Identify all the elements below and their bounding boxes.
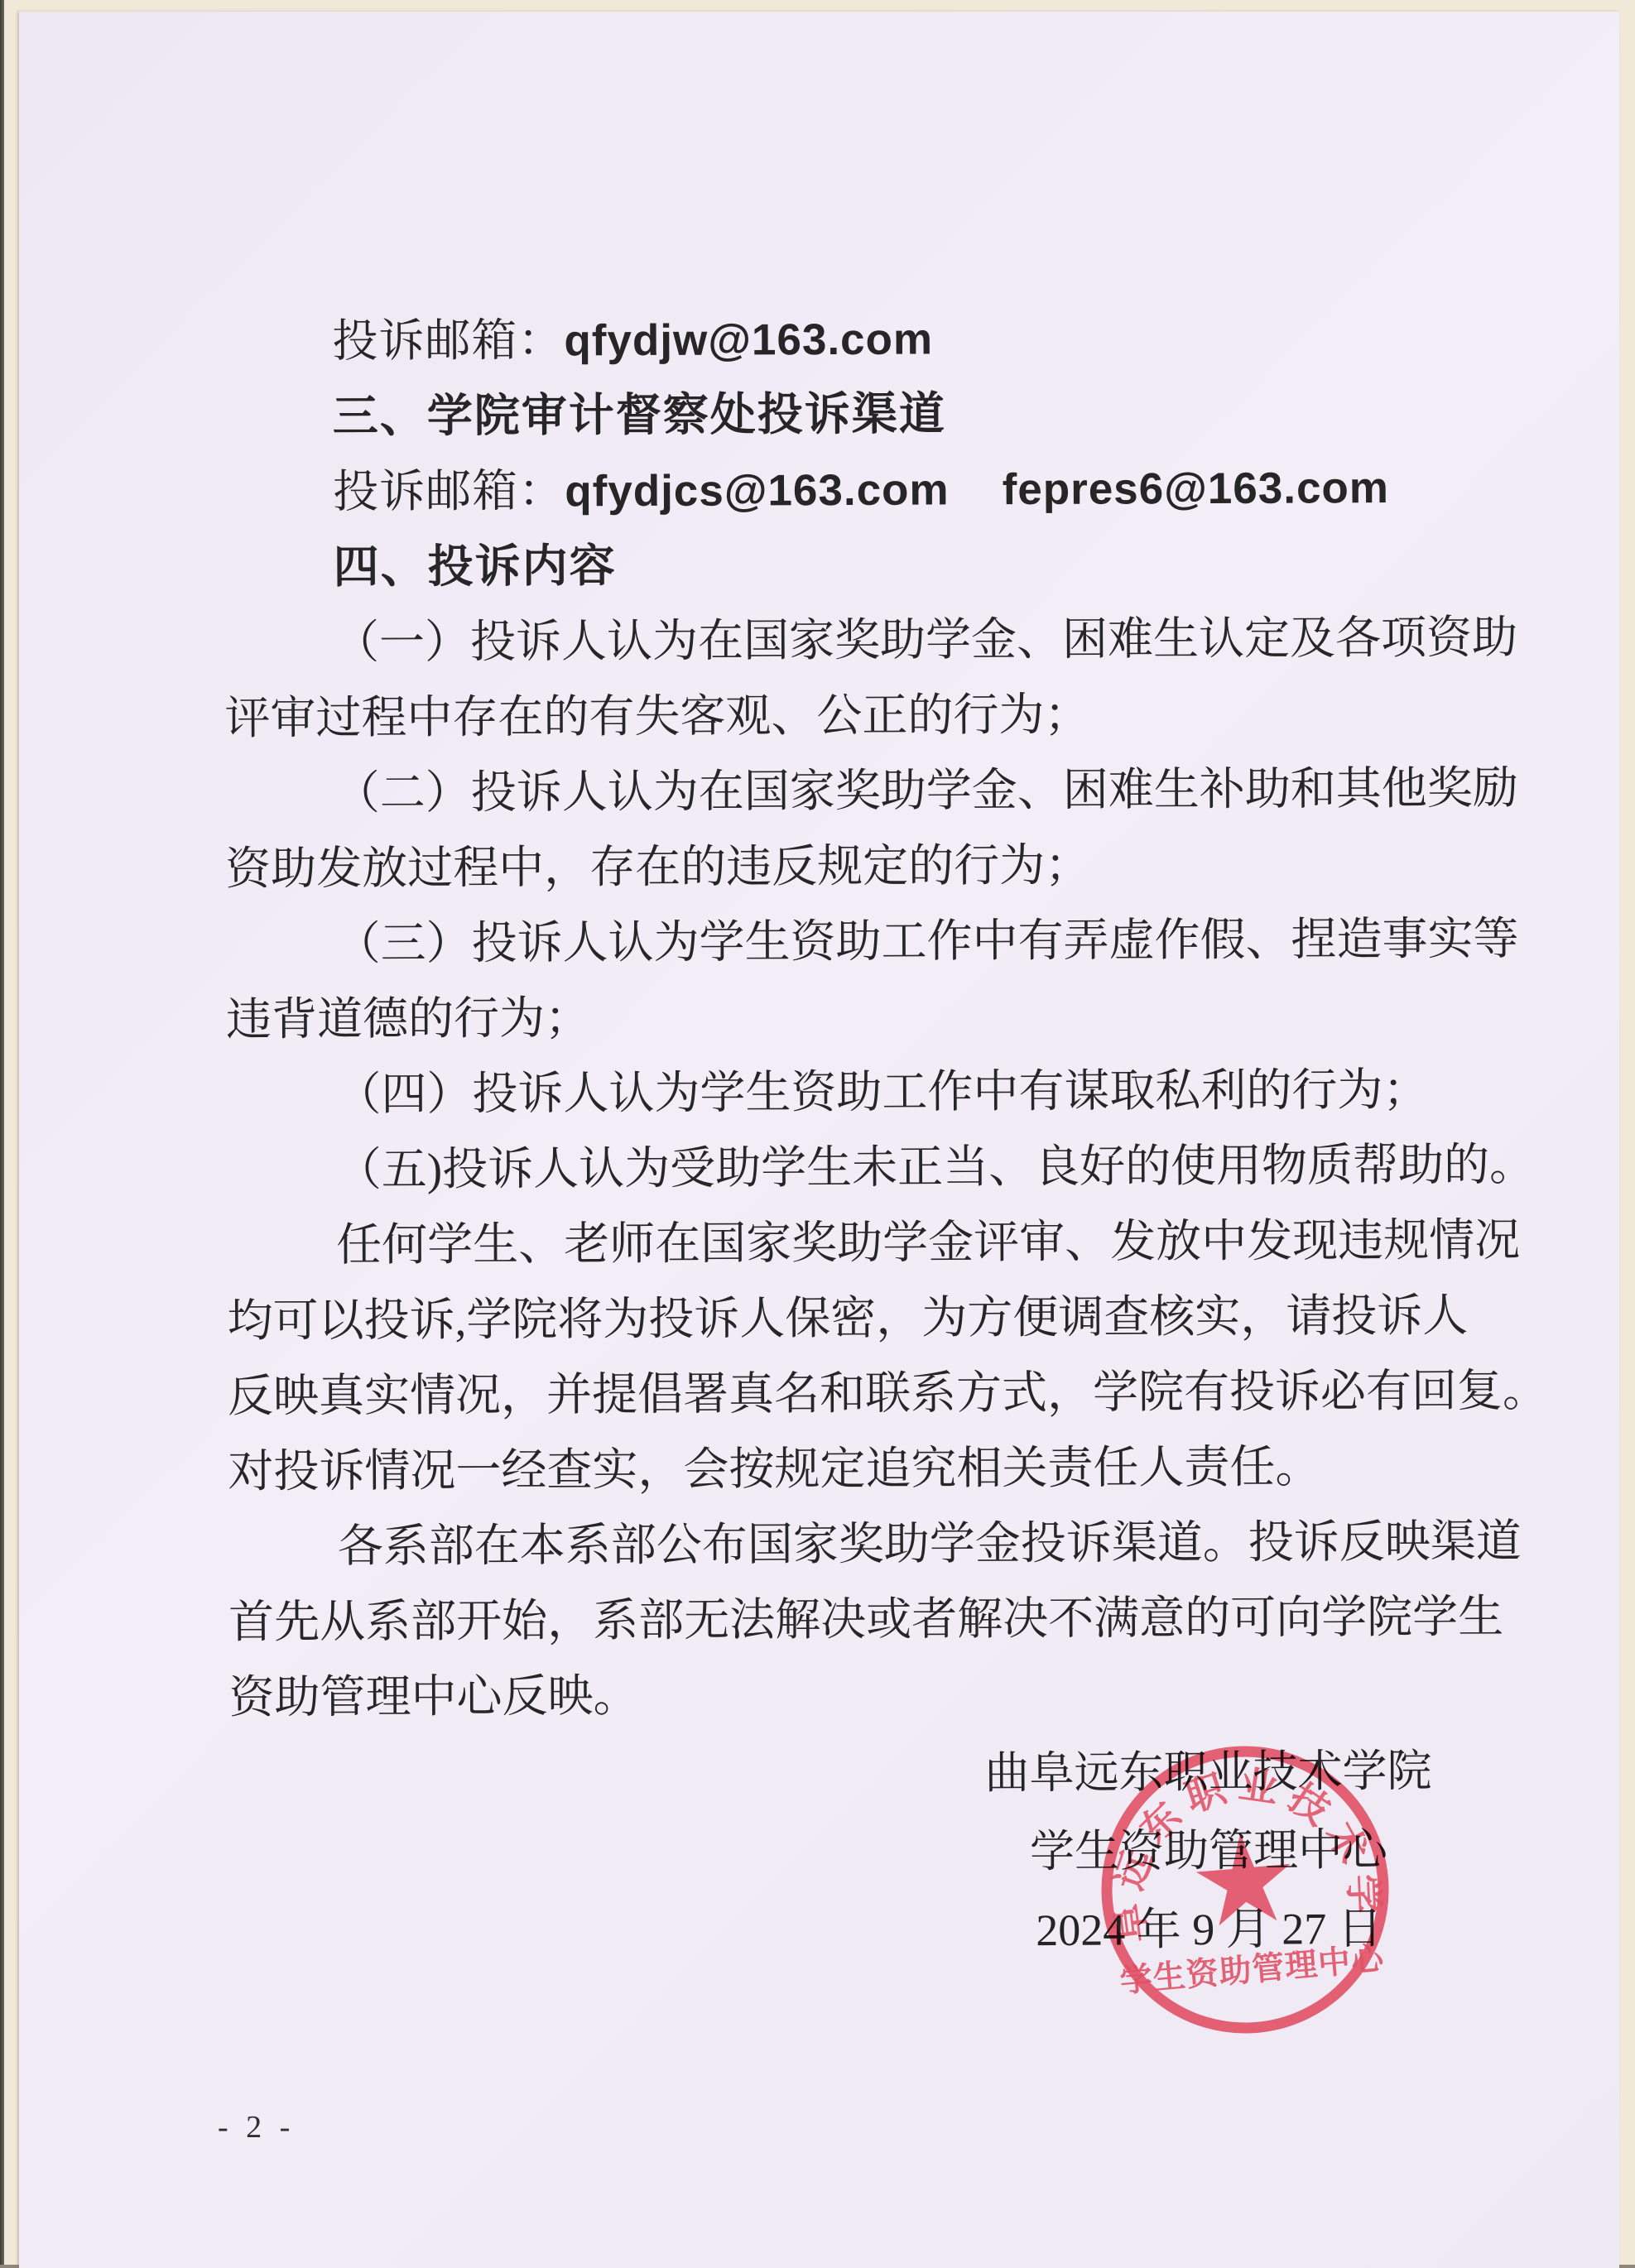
body-line: （四）投诉人认为学生资助工作中有谋取私利的行为；	[226, 1052, 1443, 1132]
body-line: 各系部在本系部公布国家奖助学金投诉渠道。投诉反映渠道	[228, 1504, 1445, 1584]
document-body: 投诉邮箱：qfydjw@163.com 三、学院审计督察处投诉渠道 投诉邮箱：q…	[223, 299, 1446, 1735]
email-label: 投诉邮箱：	[333, 465, 565, 517]
body-line: （一）投诉人认为在国家奖助学金、困难生认定及各项资助	[224, 600, 1441, 680]
body-line: （三）投诉人认为学生资助工作中有弄虚作假、捏造事实等	[225, 901, 1442, 982]
email-label: 投诉邮箱：	[332, 315, 564, 366]
paper: 投诉邮箱：qfydjw@163.com 三、学院审计督察处投诉渠道 投诉邮箱：q…	[19, 12, 1619, 2268]
body-line: 首先从系部开始，系部无法解决或者解决不满意的可向学院学生	[228, 1579, 1445, 1660]
body-line: 违背道德的行为；	[226, 977, 1443, 1057]
body-line: 资助发放过程中，存在的违反规定的行为；	[225, 826, 1442, 906]
stamp-arc-text: 曲阜远东职业技术学院	[1084, 1728, 1387, 1948]
scanned-page: 投诉邮箱：qfydjw@163.com 三、学院审计督察处投诉渠道 投诉邮箱：q…	[0, 0, 1635, 2268]
official-seal-stamp: 曲阜远东职业技术学院 学生资助管理中心	[1084, 1728, 1407, 2051]
body-line: （五)投诉人认为受助学生未正当、良好的使用物质帮助的。	[227, 1127, 1444, 1208]
body-line: 任何学生、老师在国家奖助学金评审、发放中发现违规情况	[227, 1203, 1444, 1283]
body-line: 反映真实情况，并提倡署真名和联系方式，学院有投诉必有回复。	[228, 1353, 1445, 1434]
section-heading-three: 三、学院审计督察处投诉渠道	[224, 374, 1440, 454]
body-line: 资助管理中心反映。	[228, 1655, 1445, 1735]
star-icon	[1193, 1829, 1295, 1927]
complaint-email-line: 投诉邮箱：qfydjw@163.com	[223, 299, 1440, 379]
email-address: qfydjcs@163.com	[565, 465, 950, 516]
body-line: 均可以投诉,学院将为投诉人保密，为方便调查核实，请投诉人	[227, 1278, 1444, 1358]
body-line: 评审过程中存在的有失客观、公正的行为；	[224, 675, 1441, 756]
page-number: - 2 -	[218, 2109, 295, 2145]
email-address: fepres6@163.com	[1002, 464, 1389, 514]
scanner-edge-left	[0, 0, 4, 2268]
section-heading-four: 四、投诉内容	[224, 525, 1440, 605]
email-address: qfydjw@163.com	[564, 315, 933, 365]
complaint-email-line: 投诉邮箱：qfydjcs@163.comfepres6@163.com	[224, 449, 1440, 530]
body-line: （二）投诉人认为在国家奖助学金、困难生补助和其他奖励	[225, 751, 1442, 831]
body-line: 对投诉情况一经查实，会按规定追究相关责任人责任。	[228, 1429, 1445, 1509]
